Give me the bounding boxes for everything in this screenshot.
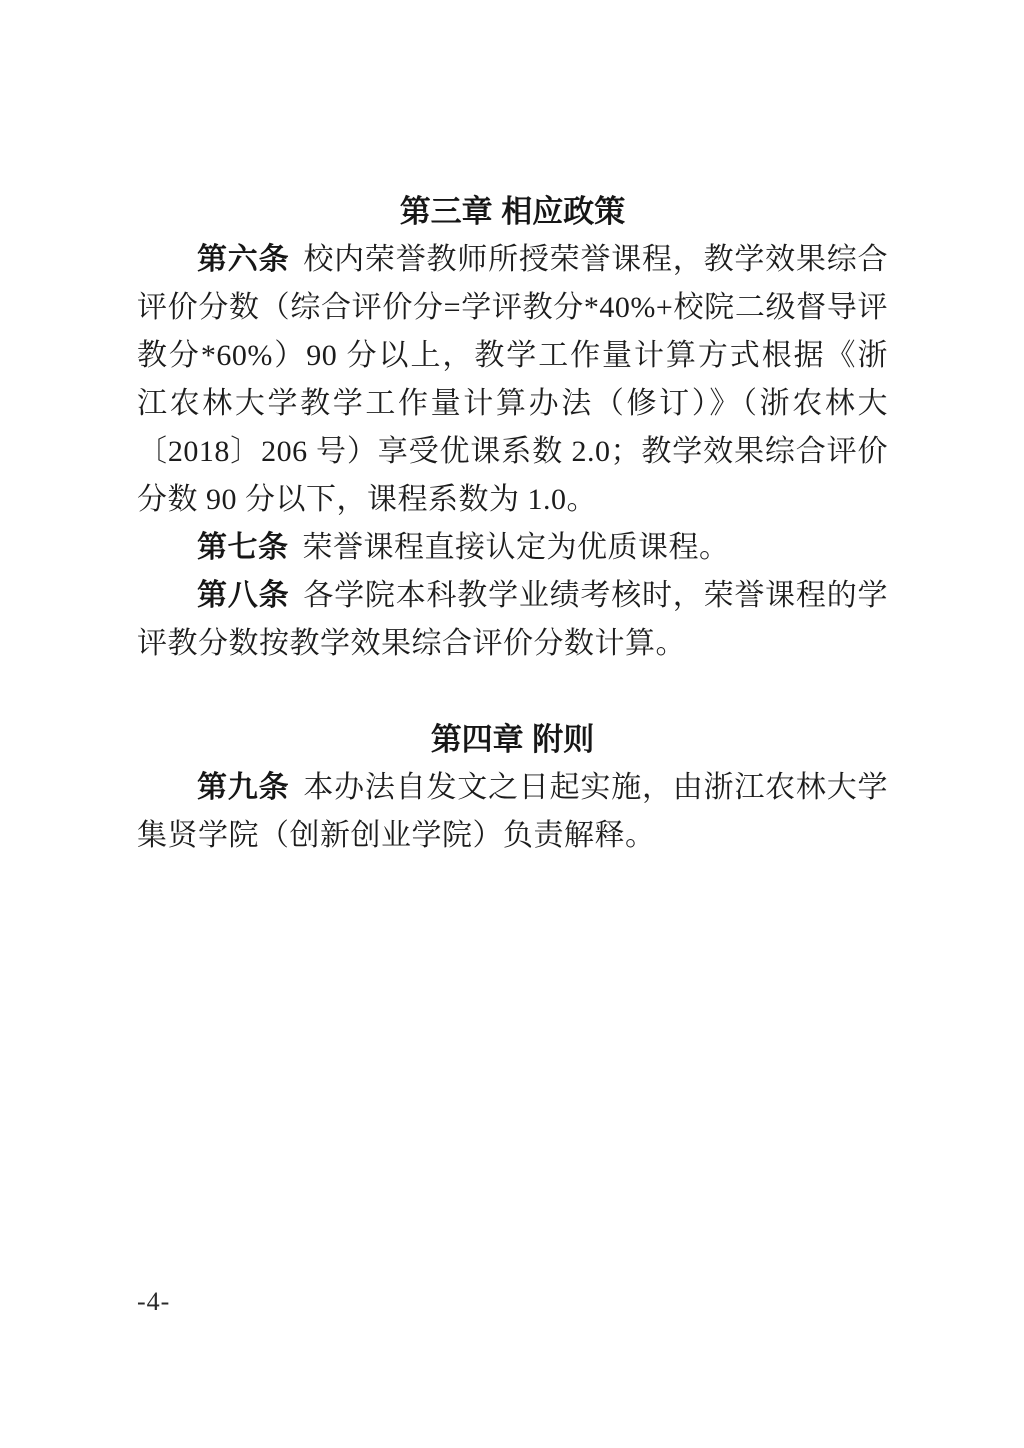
article-9-label: 第九条	[197, 771, 289, 804]
document-body: 第三章 相应政策 第六条校内荣誉教师所授荣誉课程，教学效果综合评价分数（综合评价…	[137, 188, 888, 860]
article-8-label: 第八条	[197, 579, 289, 612]
article-9-paragraph: 第九条本办法自发文之日起实施，由浙江农林大学集贤学院（创新创业学院）负责解释。	[137, 764, 888, 860]
article-6-paragraph: 第六条校内荣誉教师所授荣誉课程，教学效果综合评价分数（综合评价分=学评教分*40…	[137, 236, 888, 524]
document-page: 第三章 相应政策 第六条校内荣誉教师所授荣誉课程，教学效果综合评价分数（综合评价…	[0, 0, 1024, 1448]
chapter-3-heading: 第三章 相应政策	[137, 188, 888, 236]
article-7-label: 第七条	[197, 531, 289, 564]
article-7-paragraph: 第七条荣誉课程直接认定为优质课程。	[137, 524, 888, 572]
article-7-text: 荣誉课程直接认定为优质课程。	[303, 531, 730, 564]
article-6-label: 第六条	[197, 243, 289, 276]
article-6-text: 校内荣誉教师所授荣誉课程，教学效果综合评价分数（综合评价分=学评教分*40%+校…	[137, 243, 888, 516]
page-number: -4-	[137, 1288, 170, 1316]
chapter-4-heading: 第四章 附则	[137, 716, 888, 764]
article-8-paragraph: 第八条各学院本科教学业绩考核时，荣誉课程的学评教分数按教学效果综合评价分数计算。	[137, 572, 888, 668]
